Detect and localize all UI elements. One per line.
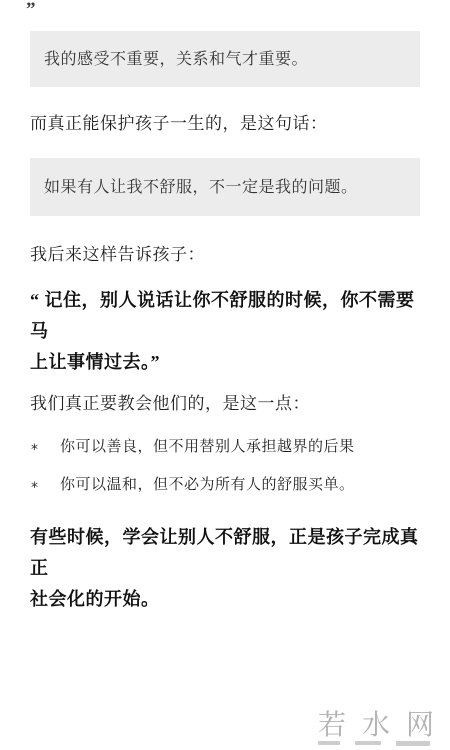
quote-box-2-text: 如果有人让我不舒服，不一定是我的问题。 bbox=[44, 179, 358, 196]
quote-box-1: 我的感受不重要，关系和气才重要。 bbox=[30, 31, 420, 87]
list-item: * 你可以善良，但不用替别人承担越界的后果 bbox=[30, 437, 420, 458]
list-item-text: 你可以温和，但不必为所有人的舒服买单。 bbox=[60, 477, 355, 493]
bold-closing-line-2: 社会化的开始。 bbox=[30, 589, 160, 609]
asterisk-bullet-icon: * bbox=[31, 478, 39, 499]
list-item: * 你可以温和，但不必为所有人的舒服买单。 bbox=[30, 475, 420, 496]
article-page: ” 我的感受不重要，关系和气才重要。 而真正能保护孩子一生的，是这句话： 如果有… bbox=[0, 0, 450, 750]
paragraph-tell-child: 我后来这样告诉孩子： bbox=[30, 246, 420, 264]
bold-quote-line-1: “ 记住，别人说话让你不舒服的时候，你不需要马 bbox=[30, 290, 415, 341]
quote-box-1-text: 我的感受不重要，关系和气才重要。 bbox=[44, 51, 308, 68]
watermark-subtext-strip bbox=[318, 741, 340, 745]
bold-quote-line-2: 上让事情过去。” bbox=[30, 352, 160, 372]
paragraph-intro-line: 而真正能保护孩子一生的，是这句话： bbox=[30, 115, 420, 133]
bold-closing-paragraph: 有些时候，学会让别人不舒服，正是孩子完成真正 社会化的开始。 bbox=[30, 522, 420, 615]
watermark-subtext-strip bbox=[396, 741, 430, 746]
bold-closing-line-1: 有些时候，学会让别人不舒服，正是孩子完成真正 bbox=[30, 527, 419, 578]
bold-quote-paragraph: “ 记住，别人说话让你不舒服的时候，你不需要马 上让事情过去。” bbox=[30, 285, 420, 378]
paragraph-teach-point: 我们真正要教会他们的，是这一点： bbox=[30, 395, 420, 413]
list-item-text: 你可以善良，但不用替别人承担越界的后果 bbox=[60, 439, 355, 455]
bullet-list: * 你可以善良，但不用替别人承担越界的后果 * 你可以温和，但不必为所有人的舒服… bbox=[30, 437, 420, 496]
asterisk-bullet-icon: * bbox=[31, 440, 39, 461]
watermark-subtext-strip bbox=[355, 741, 381, 745]
article-content: 我的感受不重要，关系和气才重要。 而真正能保护孩子一生的，是这句话： 如果有人让… bbox=[0, 0, 450, 615]
watermark-ruoshui-wang: 若水网 bbox=[318, 703, 450, 743]
quote-box-2: 如果有人让我不舒服，不一定是我的问题。 bbox=[30, 158, 420, 216]
